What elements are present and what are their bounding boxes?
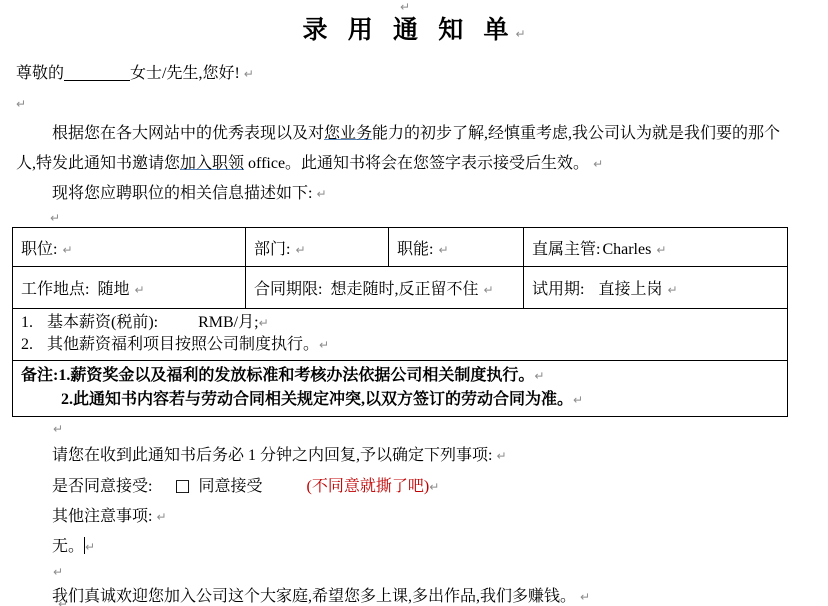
cell-value: Charles (602, 241, 651, 258)
salary-item-1: 1.基本薪资(税前):RMB/月;↵ (21, 312, 779, 334)
cell-probation: 试用期:直接上岗↵ (524, 267, 788, 309)
salary-label: 其他薪资福利项目按照公司制度执行。 (47, 336, 319, 353)
empty-paragraph: ↵ (53, 417, 828, 441)
paragraph-mark: ↵ (259, 316, 269, 330)
accept-line: 是否同意接受:□同意接受(不同意就撕了吧)↵ (16, 471, 814, 502)
empty-paragraph: ↵ (16, 89, 828, 119)
notes-text: 1.薪资奖金以及福利的发放标准和考核办法依据公司相关制度执行。 (58, 367, 534, 384)
paragraph-mark: ↵ (319, 338, 329, 352)
notes-line-1: 备注:1.薪资奖金以及福利的发放标准和考核办法依据公司相关制度执行。↵ (21, 364, 779, 388)
cell-value: 想走随时,反正留不住 (330, 281, 478, 298)
salary-value: RMB/月; (198, 314, 258, 331)
paragraph-mark: ↵ (156, 510, 166, 524)
top-empty-paragraph: ↵ (0, 0, 828, 14)
paragraph-mark: ↵ (580, 590, 590, 604)
paragraph-mark: ↵ (16, 97, 26, 111)
cell-mark: ↵ (483, 283, 493, 297)
greeting-line: 尊敬的女士/先生,您好! ↵ (16, 59, 828, 89)
notes-text: 2.此通知书内容若与劳动合同相关规定冲突,以双方签订的劳动合同为准。 (61, 391, 573, 408)
reply-instruction-line: 请您在收到此通知书后务必 1 分钟之内回复,予以确定下列事项: ↵ (16, 441, 814, 471)
cell-label: 合同期限: (254, 281, 322, 298)
accept-label: 是否同意接受: (52, 478, 152, 495)
none-line: 无。↵ (16, 532, 814, 562)
table-row-position: 职位:↵ 部门:↵ 职能:↵ 直属主管:Charles↵ (13, 228, 788, 267)
cell-label: 工作地点: (21, 281, 89, 298)
cell-label: 部门: (254, 241, 290, 258)
salary-label: 基本薪资(税前): (47, 314, 158, 331)
other-notes-line: 其他注意事项: ↵ (16, 502, 814, 532)
notes-line-2: 2.此通知书内容若与劳动合同相关规定冲突,以双方签订的劳动合同为准。↵ (21, 388, 779, 412)
empty-paragraph: ↵ (53, 562, 828, 582)
cell-workplace: 工作地点:随地↵ (13, 267, 246, 309)
cell-mark: ↵ (438, 243, 448, 257)
intro-segment: 根据您在各大网站中的优秀表现以及对 (52, 125, 324, 142)
cell-salary: 1.基本薪资(税前):RMB/月;↵ 2.其他薪资福利项目按照公司制度执行。↵ (13, 309, 788, 361)
other-notes-label: 其他注意事项: (52, 508, 152, 525)
page-title-text: 录 用 通 知 单 (302, 17, 515, 44)
document-page: { "marks": { "pilcrow": "↵" }, "colors":… (0, 0, 828, 606)
salary-item-2: 2.其他薪资福利项目按照公司制度执行。↵ (21, 334, 779, 356)
cell-label: 直属主管: (532, 241, 600, 258)
cell-label: 职能: (397, 241, 433, 258)
greeting-suffix: 女士/先生,您好! (130, 65, 240, 82)
paragraph-mark: ↵ (85, 540, 95, 554)
red-remark: (不同意就撕了吧) (307, 478, 430, 495)
underlined-phrase-join: 加入职领 (180, 155, 244, 172)
list-number: 2. (21, 334, 47, 356)
cell-label: 试用期: (532, 281, 584, 298)
lead-in-text: 现将您应聘职位的相关信息描述如下: (52, 185, 312, 202)
paragraph-mark: ↵ (593, 157, 603, 171)
underlined-phrase-business: 您业务 (324, 125, 372, 142)
paragraph-mark: ↵ (534, 369, 544, 383)
page-title: 录 用 通 知 单↵ (0, 14, 828, 51)
paragraph-mark: ↵ (496, 449, 506, 463)
cell-supervisor: 直属主管:Charles↵ (524, 228, 788, 267)
table-row-salary: 1.基本薪资(税前):RMB/月;↵ 2.其他薪资福利项目按照公司制度执行。↵ (13, 309, 788, 361)
cell-function: 职能:↵ (389, 228, 524, 267)
list-number: 1. (21, 312, 47, 334)
lead-in-line: 现将您应聘职位的相关信息描述如下: ↵ (16, 179, 814, 209)
paragraph-mark: ↵ (573, 393, 583, 407)
paragraph-mark: ↵ (244, 67, 254, 81)
intro-paragraph: 根据您在各大网站中的优秀表现以及对您业务能力的初步了解,经慎重考虑,我公司认为就… (16, 119, 798, 179)
paragraph-mark: ↵ (400, 0, 410, 14)
cell-mark: ↵ (134, 283, 144, 297)
greeting-prefix: 尊敬的 (16, 65, 64, 82)
cell-contract-term: 合同期限:想走随时,反正留不住↵ (246, 267, 524, 309)
cell-position: 职位:↵ (13, 228, 246, 267)
intro-segment: office。此通知书将会在您签字表示接受后生效。 (244, 155, 589, 172)
cell-department: 部门:↵ (246, 228, 389, 267)
agree-checkbox[interactable]: □ (174, 476, 190, 496)
offer-table: 职位:↵ 部门:↵ 职能:↵ 直属主管:Charles↵ 工作地点:随地↵ 合同… (12, 227, 788, 417)
paragraph-mark: ↵ (50, 211, 60, 225)
name-blank-underline (64, 67, 130, 81)
cell-value: 随地 (97, 281, 129, 298)
clipped-paragraph-mark: ↵ (58, 597, 68, 606)
accept-option-label: 同意接受 (199, 478, 263, 495)
reply-instruction-text: 请您在收到此通知书后务必 1 分钟之内回复,予以确定下列事项: (52, 447, 492, 464)
paragraph-mark: ↵ (53, 422, 63, 436)
notes-label: 备注: (21, 367, 58, 384)
closing-line: 我们真诚欢迎您加入公司这个大家庭,希望您多上课,多出作品,我们多赚钱。 ↵ (16, 582, 814, 606)
paragraph-mark: ↵ (316, 187, 326, 201)
cell-label: 职位: (21, 241, 57, 258)
table-row-terms: 工作地点:随地↵ 合同期限:想走随时,反正留不住↵ 试用期:直接上岗↵ (13, 267, 788, 309)
cell-mark: ↵ (656, 243, 666, 257)
paragraph-mark: ↵ (429, 480, 439, 494)
cell-value: 直接上岗 (598, 281, 662, 298)
cell-mark: ↵ (667, 283, 677, 297)
empty-paragraph: ↵ (50, 209, 828, 227)
none-text: 无。 (52, 538, 84, 555)
paragraph-mark: ↵ (515, 27, 525, 41)
closing-text: 我们真诚欢迎您加入公司这个大家庭,希望您多上课,多出作品,我们多赚钱。 (52, 588, 576, 605)
cell-mark: ↵ (295, 243, 305, 257)
paragraph-mark: ↵ (53, 565, 63, 579)
cell-mark: ↵ (62, 243, 72, 257)
table-row-notes: 备注:1.薪资奖金以及福利的发放标准和考核办法依据公司相关制度执行。↵ 2.此通… (13, 361, 788, 417)
cell-notes: 备注:1.薪资奖金以及福利的发放标准和考核办法依据公司相关制度执行。↵ 2.此通… (13, 361, 788, 417)
